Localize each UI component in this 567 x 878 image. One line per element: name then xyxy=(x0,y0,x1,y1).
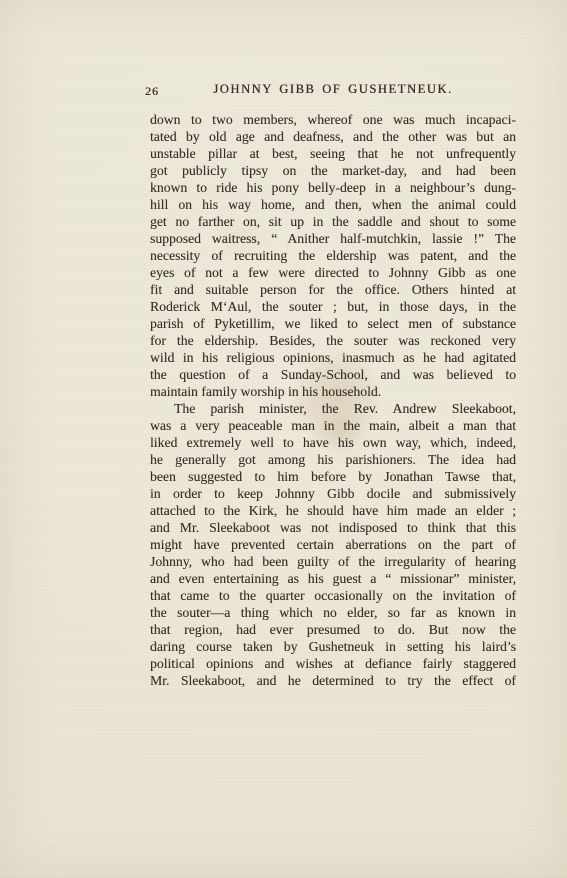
text-line: The parish minister, the Rev. Andrew Sle… xyxy=(150,400,516,417)
text-line: hill on his way home, and then, when the… xyxy=(150,196,516,213)
text-line: that came to the quarter occasionally on… xyxy=(150,587,516,604)
text-line: daring course taken by Gushetneuk in set… xyxy=(150,638,516,655)
text-line: been suggested to him before by Jonathan… xyxy=(150,468,516,485)
text-line: fit and suitable person for the office. … xyxy=(150,281,516,298)
text-line: necessity of recruiting the eldership wa… xyxy=(150,247,516,264)
text-line: supposed waitress, “ Anither half-mutchk… xyxy=(150,230,516,247)
text-line: eyes of not a few were directed to Johnn… xyxy=(150,264,516,281)
text-line: liked extremely well to have his own way… xyxy=(150,434,516,451)
text-line: got publicly tipsy on the market-day, an… xyxy=(150,162,516,179)
running-head: 26 JOHNNY GIBB OF GUSHETNEUK. xyxy=(150,82,516,98)
text-line: maintain family worship in his household… xyxy=(150,383,516,400)
text-line: that region, had ever presumed to do. Bu… xyxy=(150,621,516,638)
text-line: and Mr. Sleekaboot was not indisposed to… xyxy=(150,519,516,536)
text-line: and even entertaining as his guest a “ m… xyxy=(150,570,516,587)
running-title: JOHNNY GIBB OF GUSHETNEUK. xyxy=(150,82,516,97)
text-line: Johnny, who had been guilty of the irreg… xyxy=(150,553,516,570)
text-line: wild in his religious opinions, inasmuch… xyxy=(150,349,516,366)
paragraph: The parish minister, the Rev. Andrew Sle… xyxy=(150,400,516,689)
text-line: in order to keep Johnny Gibb docile and … xyxy=(150,485,516,502)
text-line: get no farther on, sit up in the saddle … xyxy=(150,213,516,230)
text-line: unstable pillar at best, seeing that he … xyxy=(150,145,516,162)
text-line: Mr. Sleekaboot, and he determined to try… xyxy=(150,672,516,689)
text-line: attached to the Kirk, he should have him… xyxy=(150,502,516,519)
text-line: down to two members, whereof one was muc… xyxy=(150,111,516,128)
text-line: Roderick M‘Aul, the souter ; but, in tho… xyxy=(150,298,516,315)
text-line: for the eldership. Besides, the souter w… xyxy=(150,332,516,349)
body-text: down to two members, whereof one was muc… xyxy=(150,111,516,689)
paragraph: down to two members, whereof one was muc… xyxy=(150,111,516,400)
text-line: known to ride his pony belly-deep in a n… xyxy=(150,179,516,196)
text-line: political opinions and wishes at defianc… xyxy=(150,655,516,672)
text-line: the souter—a thing which no elder, so fa… xyxy=(150,604,516,621)
book-page: 26 JOHNNY GIBB OF GUSHETNEUK. down to tw… xyxy=(0,0,567,878)
text-line: was a very peaceable man in the main, al… xyxy=(150,417,516,434)
text-line: the question of a Sunday-School, and was… xyxy=(150,366,516,383)
text-line: might have prevented certain aberrations… xyxy=(150,536,516,553)
text-line: tated by old age and deafness, and the o… xyxy=(150,128,516,145)
text-line: parish of Pyketillim, we liked to select… xyxy=(150,315,516,332)
text-line: he generally got among his parishioners.… xyxy=(150,451,516,468)
